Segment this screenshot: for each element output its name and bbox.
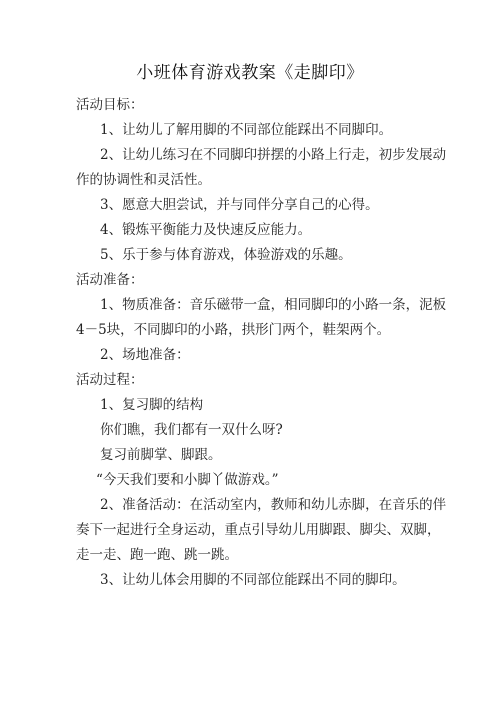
paragraph: 3、让幼儿体会用脚的不同部位能踩出不同的脚印。 bbox=[76, 568, 436, 593]
paragraph: 2、让幼儿练习在不同脚印拼摆的小路上行走，初步发展动 bbox=[76, 143, 436, 168]
paragraph-continuation: 奏下一起进行全身运动，重点引导幼儿用脚跟、脚尖、双脚， bbox=[76, 518, 436, 543]
paragraph: 5、乐于参与体育游戏，体验游戏的乐趣。 bbox=[76, 243, 436, 268]
paragraph-continuation: 4－5块，不同脚印的小路，拱形门两个，鞋架两个。 bbox=[76, 318, 436, 343]
paragraph-continuation: 走一走、跑一跑、跳一跳。 bbox=[76, 543, 436, 568]
paragraph: 4、锻炼平衡能力及快速反应能力。 bbox=[76, 218, 436, 243]
section-heading-preparation: 活动准备： bbox=[76, 268, 436, 293]
paragraph: 你们瞧，我们都有一双什么呀? bbox=[76, 418, 436, 443]
paragraph: 1、复习脚的结构 bbox=[76, 393, 436, 418]
paragraph-continuation: 作的协调性和灵活性。 bbox=[76, 168, 436, 193]
quote-paragraph: “今天我们要和小脚丫做游戏。” bbox=[76, 468, 436, 493]
document-body: 活动目标： 1、让幼儿了解用脚的不同部位能踩出不同脚印。 2、让幼儿练习在不同脚… bbox=[76, 93, 436, 593]
section-heading-process: 活动过程： bbox=[76, 368, 436, 393]
section-heading-goals: 活动目标： bbox=[76, 93, 436, 118]
paragraph: 2、准备活动：在活动室内，教师和幼儿赤脚，在音乐的伴 bbox=[76, 493, 436, 518]
paragraph: 2、场地准备： bbox=[76, 343, 436, 368]
paragraph: 1、让幼儿了解用脚的不同部位能踩出不同脚印。 bbox=[76, 118, 436, 143]
document-title: 小班体育游戏教案《走脚印》 bbox=[0, 62, 500, 84]
paragraph: 1、物质准备：音乐磁带一盒，相同脚印的小路一条，泥板 bbox=[76, 293, 436, 318]
document-page: 小班体育游戏教案《走脚印》 活动目标： 1、让幼儿了解用脚的不同部位能踩出不同脚… bbox=[0, 0, 500, 708]
paragraph: 复习前脚掌、脚跟。 bbox=[76, 443, 436, 468]
paragraph: 3、愿意大胆尝试，并与同伴分享自己的心得。 bbox=[76, 193, 436, 218]
